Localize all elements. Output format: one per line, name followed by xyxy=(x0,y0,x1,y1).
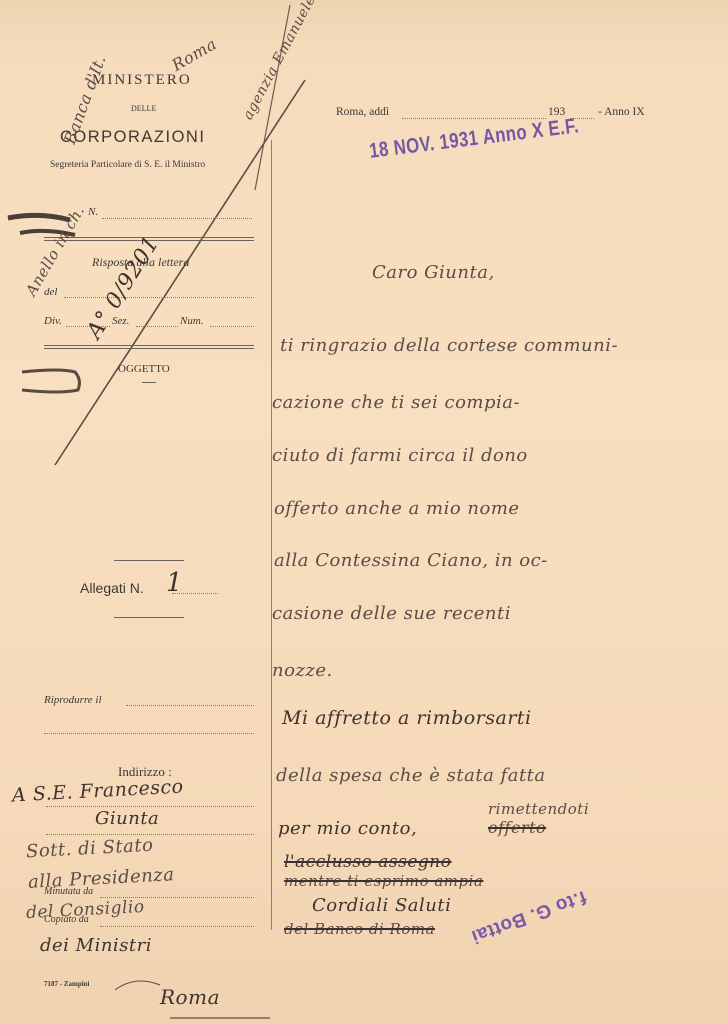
divider-rule-4 xyxy=(44,348,254,349)
n-field-line[interactable] xyxy=(102,218,252,219)
riprodurre-label: Riprodurre il xyxy=(44,694,102,706)
letter-inserted-word: rimettendoti xyxy=(488,800,589,818)
copiato-field-line[interactable] xyxy=(100,926,254,927)
del-field-line[interactable] xyxy=(64,297,254,298)
riprodurre-field-line[interactable] xyxy=(126,705,254,706)
div-label: Div. xyxy=(44,315,62,327)
date-field-line[interactable] xyxy=(402,118,546,119)
letter-line-7: nozze. xyxy=(272,660,333,681)
del-label: del xyxy=(44,286,57,298)
riprodurre-field-line-2[interactable] xyxy=(44,733,254,734)
letter-line-1: ti ringrazio della cortese communi- xyxy=(280,335,618,356)
allegati-rule-bottom xyxy=(114,617,184,618)
n-label: N. xyxy=(88,206,98,218)
letter-salutation: Caro Giunta, xyxy=(372,262,495,283)
oggetto-rule xyxy=(142,382,156,383)
letter-line-9: della spesa che è stata fatta xyxy=(276,765,546,786)
oggetto-label: OGGETTO xyxy=(118,363,170,375)
letter-struck-final: del Banco di Roma xyxy=(284,920,594,938)
address-line-2: Giunta xyxy=(95,808,159,829)
letter-struck-line-2: mentre ti esprimo ampia xyxy=(284,872,704,890)
num-field-line[interactable] xyxy=(210,326,254,327)
column-divider xyxy=(271,140,272,930)
allegati-field-line[interactable] xyxy=(172,593,218,594)
letter-line-10: per mio conto, xyxy=(278,818,417,839)
allegati-label: Allegati N. xyxy=(80,580,144,596)
margin-ink-smudge xyxy=(8,215,70,220)
roma-flourish xyxy=(115,981,160,990)
address-line-7: Roma xyxy=(160,985,220,1009)
letter-line-5: alla Contessina Ciano, in oc- xyxy=(274,550,548,571)
dateline-anno: - Anno IX xyxy=(598,106,645,118)
letterhead-delle: DELLE xyxy=(131,104,156,113)
letter-line-2: cazione che ti sei compia- xyxy=(272,392,520,413)
letter-struck-line-1: l'acclusso assegno xyxy=(284,852,694,872)
letter-line-3: ciuto di farmi circa il dono xyxy=(272,445,528,466)
dateline-roma: Roma, addì xyxy=(336,106,389,118)
sez-field-line[interactable] xyxy=(136,326,178,327)
letter-struck-word: offerto xyxy=(488,818,698,837)
letter-line-6: casione delle sue recenti xyxy=(272,603,511,624)
allegati-rule-top xyxy=(114,560,184,561)
divider-rule-3 xyxy=(44,345,254,346)
address-line-6: dei Ministri xyxy=(40,935,152,956)
letter-line-8: Mi affretto a rimborsarti xyxy=(282,707,532,729)
letter-line-4: offerto anche a mio nome xyxy=(274,498,520,519)
printer-imprint: 7187 - Zampini xyxy=(44,980,90,988)
margin-u-mark xyxy=(22,370,79,392)
indirizzo-line-1[interactable] xyxy=(46,806,254,807)
letterhead-segreteria: Segreteria Particolare di S. E. il Minis… xyxy=(50,160,205,170)
letter-closing: Cordiali Saluti xyxy=(312,895,451,916)
num-label: Num. xyxy=(180,315,204,327)
letterhead-ministero: MINISTERO xyxy=(92,72,192,89)
